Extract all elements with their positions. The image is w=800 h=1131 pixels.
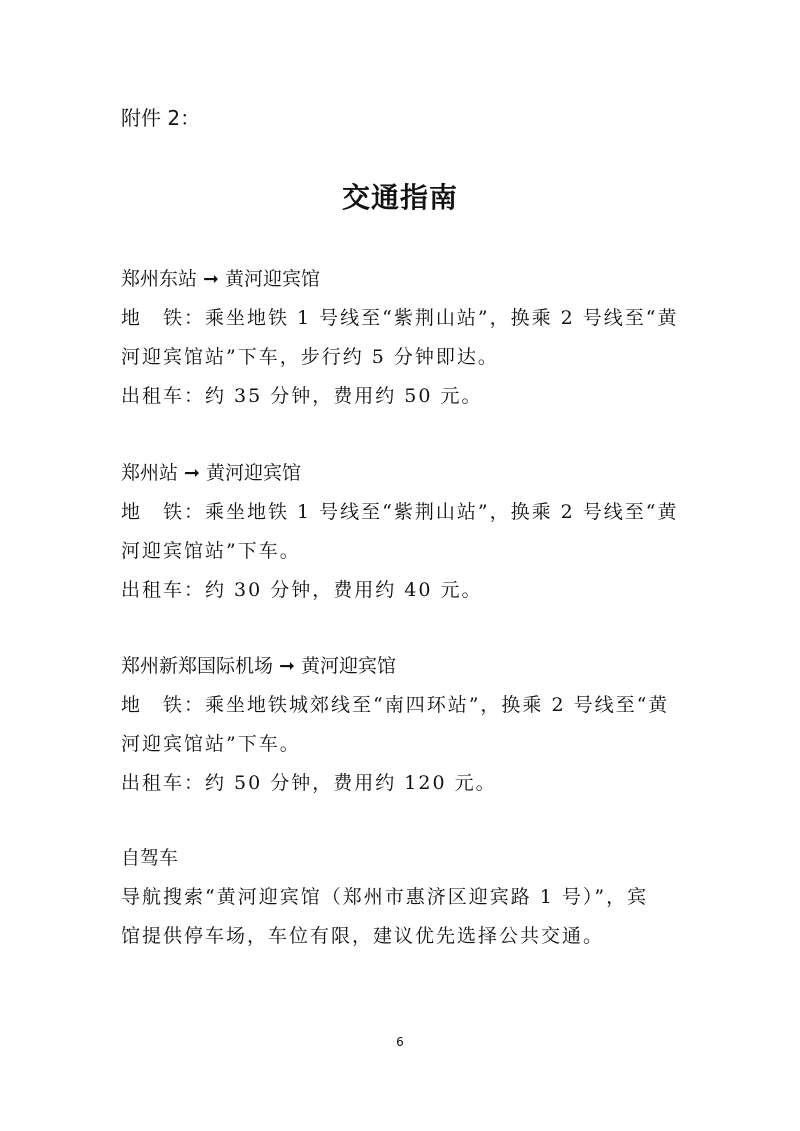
section-line: 地 铁：乘坐地铁 1 号线至“紫荆山站”，换乘 2 号线至“黄 (121, 303, 678, 330)
section-line: 馆提供停车场，车位有限，建议优先选择公共交通。 (121, 921, 604, 948)
section-line: 河迎宾馆站”下车。 (121, 729, 301, 756)
section-line: 地 铁：乘坐地铁 1 号线至“紫荆山站”，换乘 2 号线至“黄 (121, 497, 678, 524)
section-line: 出租车：约 30 分钟，费用约 40 元。 (121, 575, 483, 602)
section-heading-airport: 郑州新郑国际机场 ➞ 黄河迎宾馆 (121, 651, 396, 678)
section-line: 出租车：约 50 分钟，费用约 120 元。 (121, 768, 497, 795)
section-heading-self-drive: 自驾车 (121, 843, 178, 870)
section-heading-zhengzhou-east: 郑州东站 ➞ 黄河迎宾馆 (121, 264, 320, 291)
page-number: 6 (0, 1035, 800, 1049)
section-line: 地 铁：乘坐地铁城郊线至“南四环站”，换乘 2 号线至“黄 (121, 690, 669, 717)
document-page: 附件 2： 交通指南 郑州东站 ➞ 黄河迎宾馆 地 铁：乘坐地铁 1 号线至“紫… (0, 0, 800, 1131)
section-heading-zhengzhou-station: 郑州站 ➞ 黄河迎宾馆 (121, 458, 301, 485)
section-line: 导航搜索“黄河迎宾馆（郑州市惠济区迎宾路 1 号）”，宾 (121, 882, 648, 909)
section-line: 出租车：约 35 分钟，费用约 50 元。 (121, 381, 483, 408)
section-line: 河迎宾馆站”下车，步行约 5 分钟即达。 (121, 342, 499, 369)
page-title: 交通指南 (0, 176, 800, 216)
section-line: 河迎宾馆站”下车。 (121, 536, 301, 563)
attachment-label: 附件 2： (121, 102, 200, 131)
